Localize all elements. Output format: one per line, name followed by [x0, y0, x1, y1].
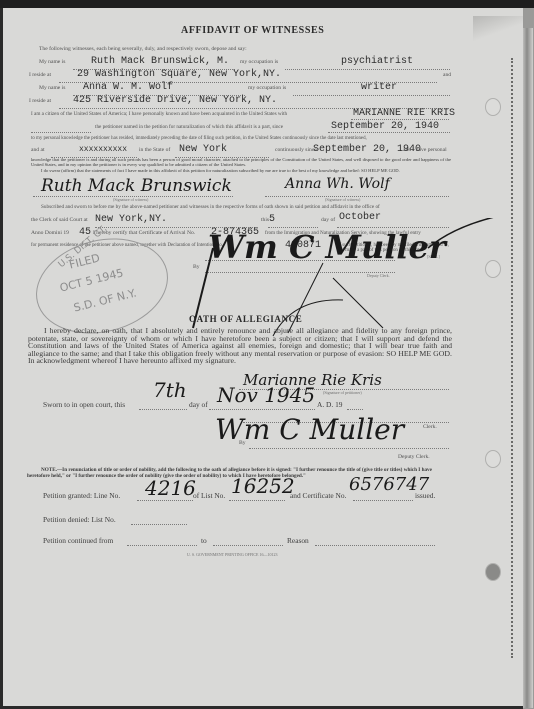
sworn-month-year: Nov 1945	[217, 383, 315, 407]
oath-deputy-clerk-label: Deputy Clerk.	[398, 454, 430, 460]
clerk-label: Clerk.	[423, 424, 437, 430]
witness1-name: Ruth Mack Brunswick, M.	[91, 56, 229, 67]
affidavit-intro: The following witnesses, each being seve…	[39, 46, 247, 52]
since-date: September 20, 1940	[331, 121, 439, 132]
scan-top-border	[0, 0, 534, 8]
subscribed-text: Subscribed and sworn to before me by the…	[41, 204, 380, 210]
clerk-court-label: the Clerk of said Court at	[31, 217, 88, 223]
witness1-signature: Ruth Mack Brunswick	[41, 176, 232, 196]
and-at-value: xxxxxxxxxx	[79, 145, 127, 154]
affidavit-title: AFFIDAVIT OF WITNESSES	[181, 25, 324, 36]
witness2-name: Anna W. M. Wolf	[83, 82, 173, 93]
citizen-text: I am a citizen of the United States of A…	[31, 111, 287, 117]
issued-label: issued.	[415, 491, 435, 500]
oath-text: I hereby declare, on oath, that I absolu…	[28, 327, 452, 365]
ad-label: A. D. 19	[317, 400, 342, 409]
page-fold	[473, 16, 523, 41]
witness1-reside-label: I reside at	[29, 72, 51, 78]
witness1-signature-caption: (Signature of witness)	[113, 197, 148, 202]
denied-label: Petition denied: List No.	[43, 515, 116, 524]
witness2-signature-caption: (Signature of witness)	[325, 197, 360, 202]
petitioner-signature-caption: (Signature of petitioner)	[323, 390, 362, 395]
witness1-address: 29 Washington Square, New York,NY.	[77, 69, 281, 80]
continuously-label: continuously since	[275, 147, 317, 153]
list-no: 16252	[231, 474, 295, 498]
witness2-occupation-label: my occupation is	[248, 85, 286, 91]
sworn-day: 7th	[153, 378, 187, 402]
state-label: in the State of	[139, 147, 170, 153]
line-no: 4216	[145, 476, 196, 500]
anno-label: Anno Domini 19	[31, 230, 69, 236]
witness2-occupation: writer	[361, 82, 397, 93]
petitioner-name: MARIANNE RIE KRIS	[353, 108, 455, 119]
printer-imprint: U. S. GOVERNMENT PRINTING OFFICE 16—1012…	[187, 552, 278, 557]
reason-label: Reason	[287, 536, 309, 545]
character-text: knowledge that the petitioner is and dur…	[31, 157, 451, 167]
punch-hole-icon	[485, 563, 501, 581]
perforation-edge	[511, 58, 516, 658]
witness1-occupation-label: my occupation is	[240, 59, 278, 65]
witness2-reside-label: I reside at	[29, 98, 51, 104]
and-at-label: and at	[31, 147, 45, 153]
day-of-label: day of	[189, 400, 208, 409]
witness1-name-label: My name is	[39, 59, 65, 65]
witness2-name-label: My name is	[39, 85, 65, 91]
certificate-label: and Certificate No.	[290, 491, 346, 500]
document-page: AFFIDAVIT OF WITNESSES The following wit…	[3, 8, 523, 706]
witness2-signature: Anna Wh. Wolf	[285, 176, 390, 192]
continued-label: Petition continued from	[43, 536, 113, 545]
to-label: to	[201, 536, 207, 545]
oath-clerk-signature: Wm C Muller	[215, 413, 404, 446]
swear-text: I do swear (affirm) that the statements …	[31, 168, 451, 173]
list-label: of List No.	[193, 491, 225, 500]
state-value: New York	[179, 144, 227, 155]
oath-title: OATH OF ALLEGIANCE	[189, 314, 302, 324]
witness2-address: 425 Riverside Drive, New York, NY.	[73, 95, 277, 106]
knowledge-text: to my personal knowledge the petitioner …	[31, 136, 367, 141]
and-label: and	[443, 72, 451, 78]
punch-hole-icon	[485, 450, 501, 468]
granted-label: Petition granted: Line No.	[43, 491, 120, 500]
punch-hole-icon	[485, 98, 501, 116]
sworn-label: Sworn to in open court, this	[43, 400, 125, 409]
clerk-court-value: New York,NY.	[95, 214, 167, 225]
witness1-occupation: psychiatrist	[341, 56, 413, 67]
personal-label: and I have personal	[403, 147, 447, 153]
petitioner-text: the petitioner named in the petition for…	[95, 124, 283, 130]
